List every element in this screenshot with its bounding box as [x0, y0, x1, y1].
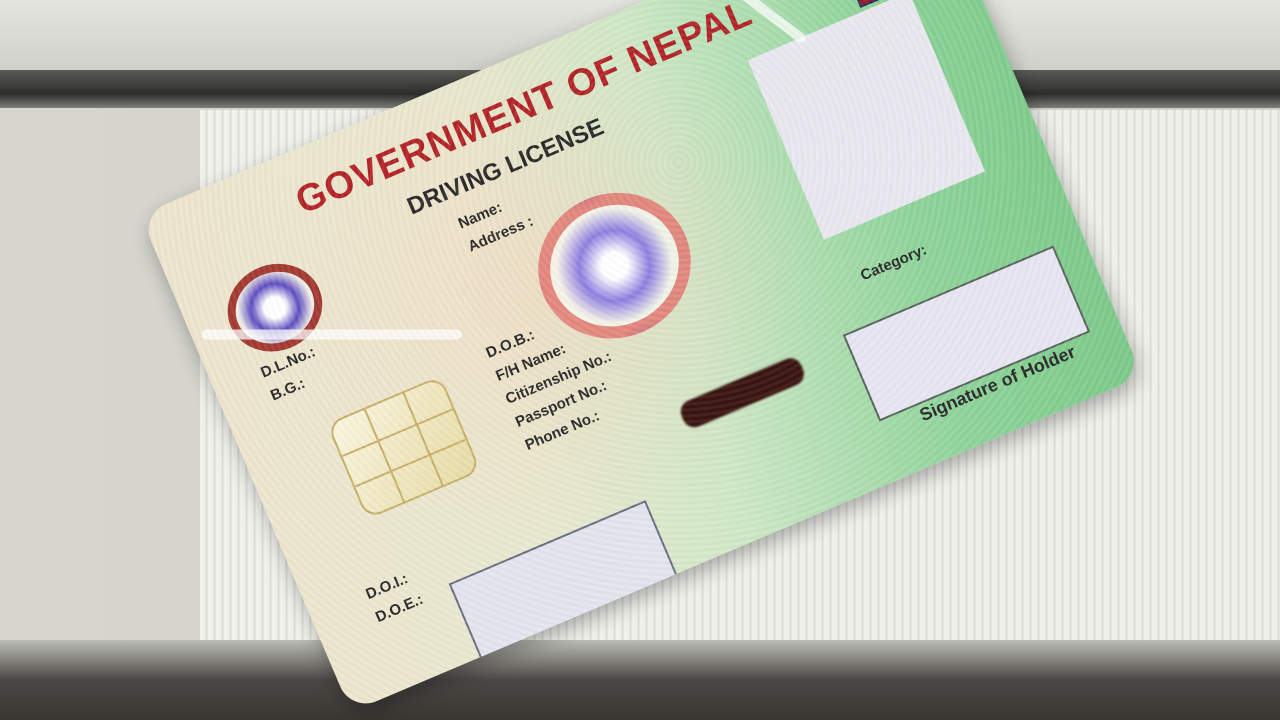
field-category-label: Category: — [858, 241, 929, 284]
watermark-emblem-icon — [515, 169, 713, 362]
redacted-signature — [677, 354, 808, 431]
photo-placeholder — [748, 0, 985, 240]
light-glare — [202, 329, 462, 339]
field-bg-label: B.G.: — [268, 375, 308, 405]
smart-chip-icon — [326, 375, 481, 519]
nepal-emblem-icon — [214, 249, 336, 366]
background-surface-bottom — [0, 640, 1280, 720]
